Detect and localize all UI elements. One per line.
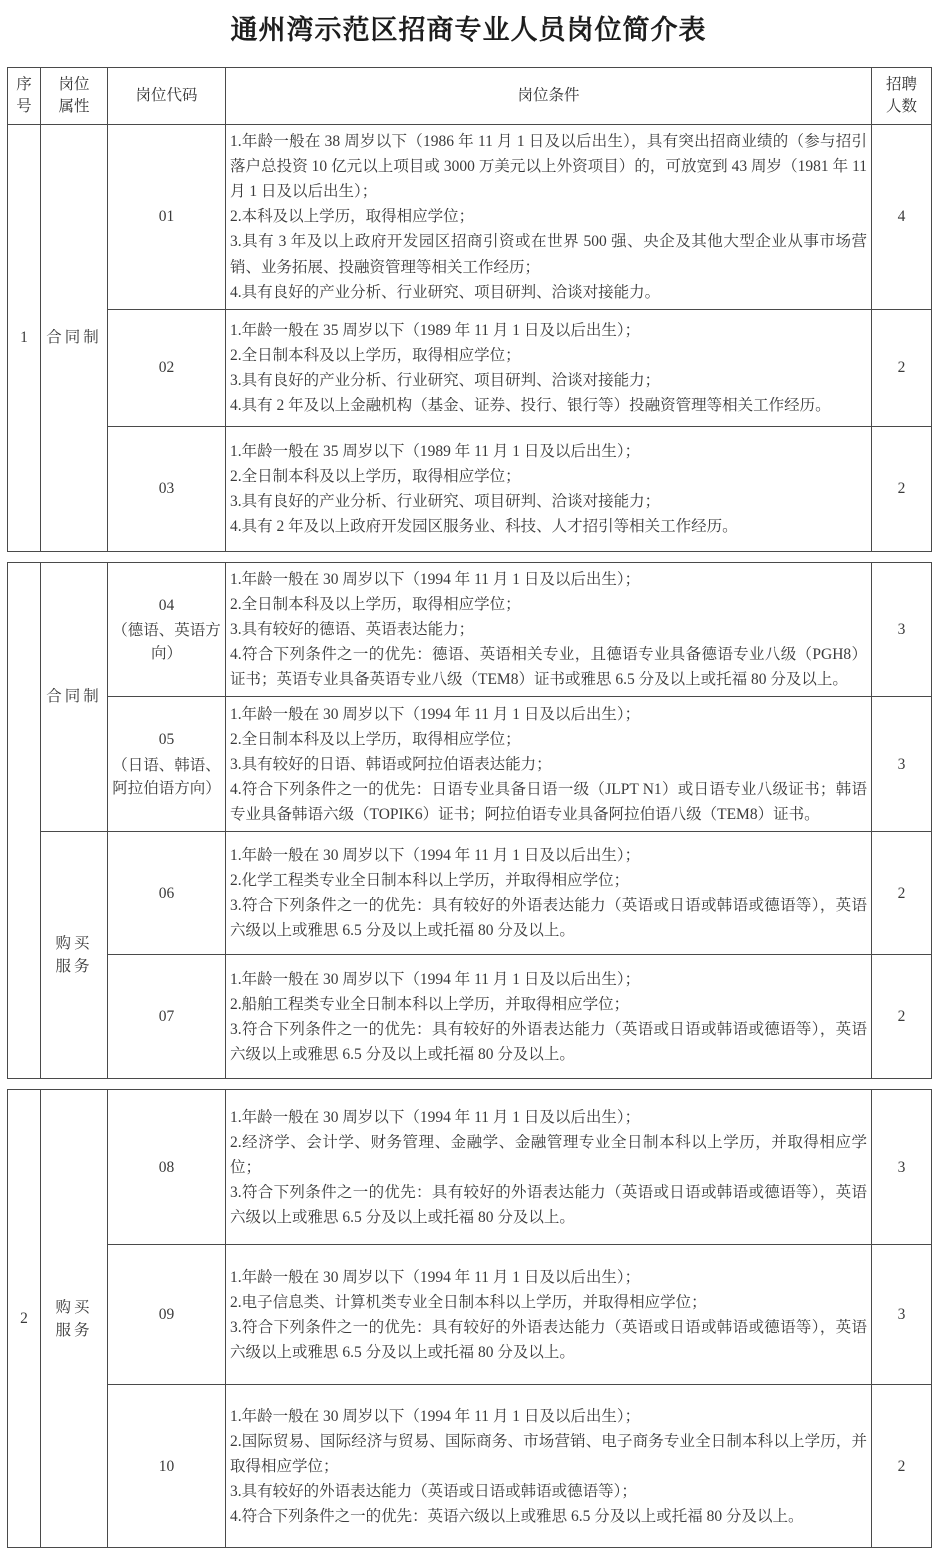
table-row: 合同制04（德语、英语方向）1.年龄一般在 30 周岁以下（1994 年 11 … [8, 562, 932, 697]
recruit-count-cell: 2 [872, 955, 932, 1079]
table-row: 071.年龄一般在 30 周岁以下（1994 年 11 月 1 日及以后出生）；… [8, 955, 932, 1079]
position-code-note: （德语、英语方向） [112, 619, 221, 666]
condition-line: 2.本科及以上学历，取得相应学位； [230, 204, 867, 229]
recruit-count-cell: 3 [872, 1245, 932, 1385]
condition-line: 4.符合下列条件之一的优先：英语六级以上或雅思 6.5 分及以上或托福 80 分… [230, 1504, 867, 1529]
condition-line: 3.具有良好的产业分析、行业研究、项目研判、洽谈对接能力； [230, 489, 867, 514]
table-row: 091.年龄一般在 30 周岁以下（1994 年 11 月 1 日及以后出生）；… [8, 1245, 932, 1385]
position-code-cell: 08 [108, 1090, 226, 1245]
position-code-cell: 07 [108, 955, 226, 1079]
position-code-note: （日语、韩语、阿拉伯语方向） [112, 754, 221, 801]
recruit-count-cell: 2 [872, 1385, 932, 1548]
condition-line: 3.符合下列条件之一的优先：具有较好的外语表达能力（英语或日语或韩语或德语等），… [230, 1180, 867, 1230]
position-code: 10 [112, 1455, 221, 1478]
header-attr: 岗位 属性 [41, 68, 108, 125]
seq-cell: 1 [8, 125, 41, 552]
document-page: 通州湾示范区招商专业人员岗位简介表 序 号岗位 属性岗位代码岗位条件招聘 人数1… [0, 0, 937, 1548]
position-code: 08 [112, 1156, 221, 1179]
condition-line: 2.国际贸易、国际经济与贸易、国际商务、市场营销、电子商务专业全日制本科以上学历… [230, 1429, 867, 1479]
condition-line: 2.全日制本科及以上学历，取得相应学位； [230, 592, 867, 617]
position-code-cell: 06 [108, 832, 226, 955]
table-row: 031.年龄一般在 35 周岁以下（1989 年 11 月 1 日及以后出生）；… [8, 426, 932, 551]
condition-line: 4.符合下列条件之一的优先：日语专业具备日语一级（JLPT N1）或日语专业八级… [230, 777, 867, 827]
position-attr-cell: 合同制 [41, 125, 108, 552]
position-attr-cell: 购买 服务 [41, 832, 108, 1079]
condition-line: 1.年龄一般在 30 周岁以下（1994 年 11 月 1 日及以后出生）； [230, 1404, 867, 1429]
position-conditions-cell: 1.年龄一般在 38 周岁以下（1986 年 11 月 1 日及以后出生），具有… [226, 125, 872, 310]
position-code: 09 [112, 1303, 221, 1326]
condition-line: 2.全日制本科及以上学历，取得相应学位； [230, 464, 867, 489]
condition-line: 2.全日制本科及以上学历，取得相应学位； [230, 343, 867, 368]
recruit-count-cell: 2 [872, 309, 932, 426]
position-code-cell: 04（德语、英语方向） [108, 562, 226, 697]
position-code: 06 [112, 882, 221, 905]
condition-line: 2.化学工程类专业全日制本科以上学历，并取得相应学位； [230, 868, 867, 893]
header-cond: 岗位条件 [226, 68, 872, 125]
condition-line: 3.具有较好的德语、英语表达能力； [230, 617, 867, 642]
condition-line: 1.年龄一般在 30 周岁以下（1994 年 11 月 1 日及以后出生）； [230, 843, 867, 868]
position-code: 07 [112, 1005, 221, 1028]
condition-line: 3.符合下列条件之一的优先：具有较好的外语表达能力（英语或日语或韩语或德语等），… [230, 893, 867, 943]
recruit-count-cell: 3 [872, 697, 932, 832]
position-code-cell: 02 [108, 309, 226, 426]
table-row: 2购买 服务081.年龄一般在 30 周岁以下（1994 年 11 月 1 日及… [8, 1090, 932, 1245]
condition-line: 4.具有良好的产业分析、行业研究、项目研判、洽谈对接能力。 [230, 280, 867, 305]
position-conditions-cell: 1.年龄一般在 30 周岁以下（1994 年 11 月 1 日及以后出生）；2.… [226, 955, 872, 1079]
condition-line: 3.符合下列条件之一的优先：具有较好的外语表达能力（英语或日语或韩语或德语等），… [230, 1315, 867, 1365]
condition-line: 2.全日制本科及以上学历，取得相应学位； [230, 727, 867, 752]
page-title: 通州湾示范区招商专业人员岗位简介表 [0, 8, 937, 47]
position-conditions-cell: 1.年龄一般在 30 周岁以下（1994 年 11 月 1 日及以后出生）；2.… [226, 1385, 872, 1548]
condition-line: 3.符合下列条件之一的优先：具有较好的外语表达能力（英语或日语或韩语或德语等），… [230, 1017, 867, 1067]
recruit-count-cell: 2 [872, 832, 932, 955]
condition-line: 3.具有较好的外语表达能力（英语或日语或韩语或德语等）； [230, 1479, 867, 1504]
position-conditions-cell: 1.年龄一般在 30 周岁以下（1994 年 11 月 1 日及以后出生）；2.… [226, 1245, 872, 1385]
condition-line: 4.具有 2 年及以上政府开发园区服务业、科技、人才招引等相关工作经历。 [230, 514, 867, 539]
position-code-cell: 05（日语、韩语、阿拉伯语方向） [108, 697, 226, 832]
position-code-cell: 09 [108, 1245, 226, 1385]
table-section-1: 序 号岗位 属性岗位代码岗位条件招聘 人数1合同制011.年龄一般在 38 周岁… [7, 67, 932, 552]
condition-line: 1.年龄一般在 30 周岁以下（1994 年 11 月 1 日及以后出生）； [230, 967, 867, 992]
condition-line: 2.电子信息类、计算机类专业全日制本科以上学历，并取得相应学位； [230, 1290, 867, 1315]
seq-cell: 2 [8, 1090, 41, 1548]
table-row: 购买 服务061.年龄一般在 30 周岁以下（1994 年 11 月 1 日及以… [8, 832, 932, 955]
table-row: 021.年龄一般在 35 周岁以下（1989 年 11 月 1 日及以后出生）；… [8, 309, 932, 426]
job-position-table: 序 号岗位 属性岗位代码岗位条件招聘 人数1合同制011.年龄一般在 38 周岁… [7, 67, 931, 1548]
position-code-cell: 10 [108, 1385, 226, 1548]
table-row: 1合同制011.年龄一般在 38 周岁以下（1986 年 11 月 1 日及以后… [8, 125, 932, 310]
table-row: 101.年龄一般在 30 周岁以下（1994 年 11 月 1 日及以后出生）；… [8, 1385, 932, 1548]
position-attr-cell: 购买 服务 [41, 1090, 108, 1548]
condition-line: 4.符合下列条件之一的优先：德语、英语相关专业，且德语专业具备德语专业八级（PG… [230, 642, 867, 692]
header-count: 招聘 人数 [872, 68, 932, 125]
position-conditions-cell: 1.年龄一般在 35 周岁以下（1989 年 11 月 1 日及以后出生）；2.… [226, 309, 872, 426]
position-code: 01 [112, 205, 221, 228]
position-code: 02 [112, 356, 221, 379]
recruit-count-cell: 3 [872, 1090, 932, 1245]
position-code: 03 [112, 477, 221, 500]
recruit-count-cell: 3 [872, 562, 932, 697]
seq-cell [8, 562, 41, 1079]
header-row: 序 号岗位 属性岗位代码岗位条件招聘 人数 [8, 68, 932, 125]
position-code-cell: 01 [108, 125, 226, 310]
condition-line: 1.年龄一般在 30 周岁以下（1994 年 11 月 1 日及以后出生）； [230, 1265, 867, 1290]
position-conditions-cell: 1.年龄一般在 35 周岁以下（1989 年 11 月 1 日及以后出生）；2.… [226, 426, 872, 551]
table-row: 05（日语、韩语、阿拉伯语方向）1.年龄一般在 30 周岁以下（1994 年 1… [8, 697, 932, 832]
condition-line: 3.具有 3 年及以上政府开发园区招商引资或在世界 500 强、央企及其他大型企… [230, 229, 867, 279]
position-attr-cell: 合同制 [41, 562, 108, 832]
recruit-count-cell: 4 [872, 125, 932, 310]
position-conditions-cell: 1.年龄一般在 30 周岁以下（1994 年 11 月 1 日及以后出生）；2.… [226, 1090, 872, 1245]
recruit-count-cell: 2 [872, 426, 932, 551]
table-section-2: 合同制04（德语、英语方向）1.年龄一般在 30 周岁以下（1994 年 11 … [7, 562, 932, 1080]
condition-line: 4.具有 2 年及以上金融机构（基金、证券、投行、银行等）投融资管理等相关工作经… [230, 393, 867, 418]
position-conditions-cell: 1.年龄一般在 30 周岁以下（1994 年 11 月 1 日及以后出生）；2.… [226, 562, 872, 697]
condition-line: 3.具有良好的产业分析、行业研究、项目研判、洽谈对接能力； [230, 368, 867, 393]
condition-line: 1.年龄一般在 35 周岁以下（1989 年 11 月 1 日及以后出生）； [230, 318, 867, 343]
table-section-3: 2购买 服务081.年龄一般在 30 周岁以下（1994 年 11 月 1 日及… [7, 1089, 932, 1548]
position-conditions-cell: 1.年龄一般在 30 周岁以下（1994 年 11 月 1 日及以后出生）；2.… [226, 697, 872, 832]
condition-line: 1.年龄一般在 30 周岁以下（1994 年 11 月 1 日及以后出生）； [230, 567, 867, 592]
condition-line: 1.年龄一般在 38 周岁以下（1986 年 11 月 1 日及以后出生），具有… [230, 129, 867, 204]
condition-line: 1.年龄一般在 30 周岁以下（1994 年 11 月 1 日及以后出生）； [230, 702, 867, 727]
condition-line: 1.年龄一般在 35 周岁以下（1989 年 11 月 1 日及以后出生）； [230, 439, 867, 464]
header-code: 岗位代码 [108, 68, 226, 125]
condition-line: 1.年龄一般在 30 周岁以下（1994 年 11 月 1 日及以后出生）； [230, 1105, 867, 1130]
position-code-cell: 03 [108, 426, 226, 551]
position-conditions-cell: 1.年龄一般在 30 周岁以下（1994 年 11 月 1 日及以后出生）；2.… [226, 832, 872, 955]
condition-line: 3.具有较好的日语、韩语或阿拉伯语表达能力； [230, 752, 867, 777]
position-code: 04 [112, 594, 221, 617]
position-code: 05 [112, 728, 221, 751]
condition-line: 2.经济学、会计学、财务管理、金融学、金融管理专业全日制本科以上学历，并取得相应… [230, 1130, 867, 1180]
condition-line: 2.船舶工程类专业全日制本科以上学历，并取得相应学位； [230, 992, 867, 1017]
header-seq: 序 号 [8, 68, 41, 125]
